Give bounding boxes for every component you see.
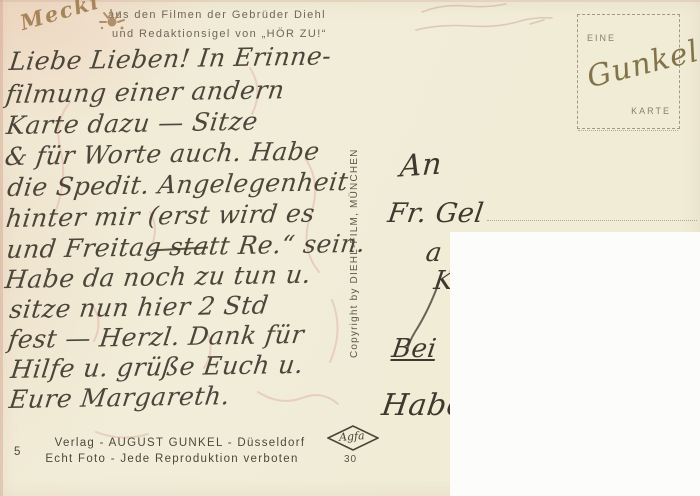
message-line: Habe da noch zu tun u. bbox=[3, 260, 313, 294]
message-line: die Spedit. Angelegenheit bbox=[6, 167, 350, 202]
message-line: hinter mir (erst wird es bbox=[4, 199, 316, 233]
pencil-note-decoration bbox=[412, 0, 582, 45]
copyright-vertical-text: Copyright by DIEHL-FILM, MÜNCHEN bbox=[349, 148, 360, 358]
stamp-box-underline bbox=[578, 130, 678, 131]
address-ruling-line bbox=[487, 220, 697, 221]
message-line: fest — Herzl. Dank für bbox=[6, 320, 305, 354]
message-line: sitze nun hier 2 Std bbox=[8, 290, 270, 324]
message-line: & für Worte auch. Habe bbox=[3, 137, 321, 172]
footer-number-left: 5 bbox=[14, 446, 20, 458]
footer-line-1: Verlag - AUGUST GUNKEL - Düsseldorf bbox=[30, 437, 330, 449]
address-line-3: Bei bbox=[390, 334, 439, 364]
agfa-logo: Agfa 30 bbox=[327, 425, 379, 453]
message-line: Karte dazu — Sitze bbox=[5, 107, 260, 140]
message-line: Liebe Lieben! In Erinne- bbox=[8, 41, 334, 76]
footer-number-right: 30 bbox=[344, 454, 357, 465]
stamp-box-word-eine: EINE bbox=[587, 33, 616, 43]
message-line: Hilfe u. grüße Euch u. bbox=[9, 350, 305, 384]
footer-line-2: Echt Foto - Jede Reproduktion verboten bbox=[22, 453, 322, 465]
white-overlay-rectangle bbox=[450, 232, 700, 496]
stamp-box-word-karte: KARTE bbox=[631, 106, 671, 116]
postcard-back: Mecki aus den Filmen der Gebrüder Diehl … bbox=[0, 0, 700, 496]
address-line-recipient: Fr. Gel bbox=[386, 198, 486, 229]
address-line-an: An bbox=[399, 146, 443, 184]
message-line: filmung einer andern bbox=[4, 75, 286, 109]
stamp-box: EINE Gunkel KARTE bbox=[577, 14, 680, 129]
handwritten-message: Liebe Lieben! In Erinne- filmung einer a… bbox=[0, 0, 364, 423]
agfa-logo-text: Agfa bbox=[339, 429, 365, 444]
message-line: Eure Margareth. bbox=[7, 381, 231, 414]
